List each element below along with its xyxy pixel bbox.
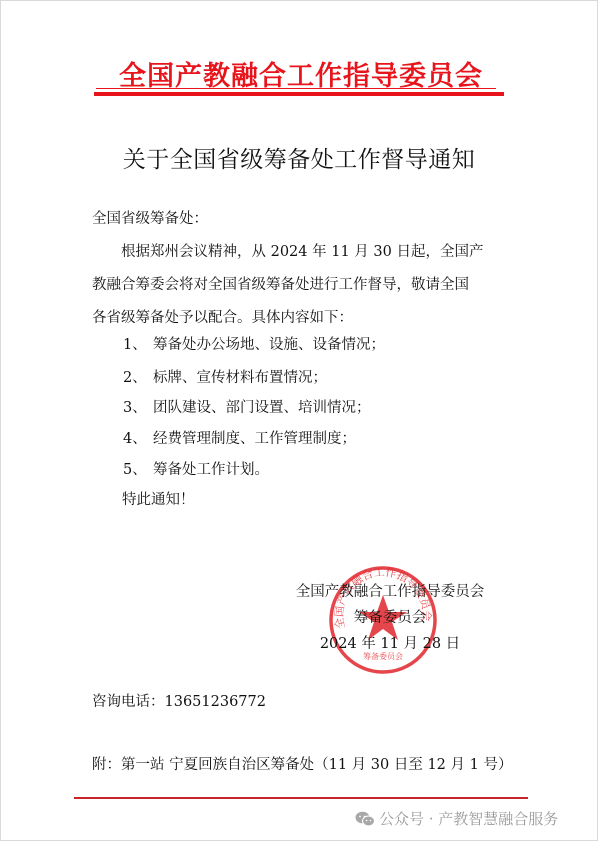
- list-text: 团队建设、部门设置、培训情况；: [153, 400, 371, 416]
- salutation: 全国省级筹备处：: [92, 207, 208, 228]
- list-number: 2、: [123, 366, 153, 387]
- list-item: 3、团队建设、部门设置、培训情况；: [123, 396, 371, 417]
- list-number: 3、: [123, 396, 153, 417]
- letterhead-rule-thick: [94, 92, 504, 96]
- list-number: 1、: [123, 333, 153, 354]
- letterhead-rule-thin: [96, 88, 496, 89]
- list-number: 4、: [123, 427, 153, 448]
- signature-org: 全国产教融合工作指导委员会: [280, 580, 500, 601]
- body-line-3: 各省级筹备处予以配合。具体内容如下：: [92, 306, 353, 327]
- watermark-text: 公众号 · 产教智慧融合服务: [379, 808, 558, 829]
- document-title: 关于全国省级筹备处工作督导通知: [0, 141, 598, 174]
- list-text: 标牌、宣传材料布置情况；: [153, 370, 327, 386]
- wechat-watermark: 公众号 · 产教智慧融合服务: [355, 808, 558, 829]
- list-item: 1、筹备处办公场地、设施、设备情况；: [123, 333, 385, 354]
- body-line-1: 根据郑州会议精神，从 2024 年 11 月 30 日起，全国产: [121, 240, 483, 261]
- list-number: 5、: [123, 458, 153, 479]
- body-line-2: 教融合筹委会将对全国省级筹备处进行工作督导，敬请全国: [92, 273, 469, 294]
- list-item: 5、筹备处工作计划。: [123, 458, 269, 479]
- signature-date: 2024 年 11 月 28 日: [280, 632, 500, 653]
- footer-rule: [74, 797, 528, 799]
- contact-phone: 咨询电话：13651236772: [92, 690, 266, 711]
- wechat-icon: [355, 811, 375, 827]
- page-frame: [0, 0, 598, 841]
- signature-dept: 筹备委员会: [280, 606, 500, 627]
- list-item: 4、经费管理制度、工作管理制度；: [123, 427, 356, 448]
- closing-text: 特此通知！: [122, 488, 195, 509]
- list-text: 经费管理制度、工作管理制度；: [153, 431, 356, 447]
- list-text: 筹备处工作计划。: [153, 462, 269, 478]
- list-text: 筹备处办公场地、设施、设备情况；: [153, 337, 385, 353]
- attachment-note: 附：第一站 宁夏回族自治区筹备处（11 月 30 日至 12 月 1 号）: [92, 753, 512, 774]
- list-item: 2、标牌、宣传材料布置情况；: [123, 366, 327, 387]
